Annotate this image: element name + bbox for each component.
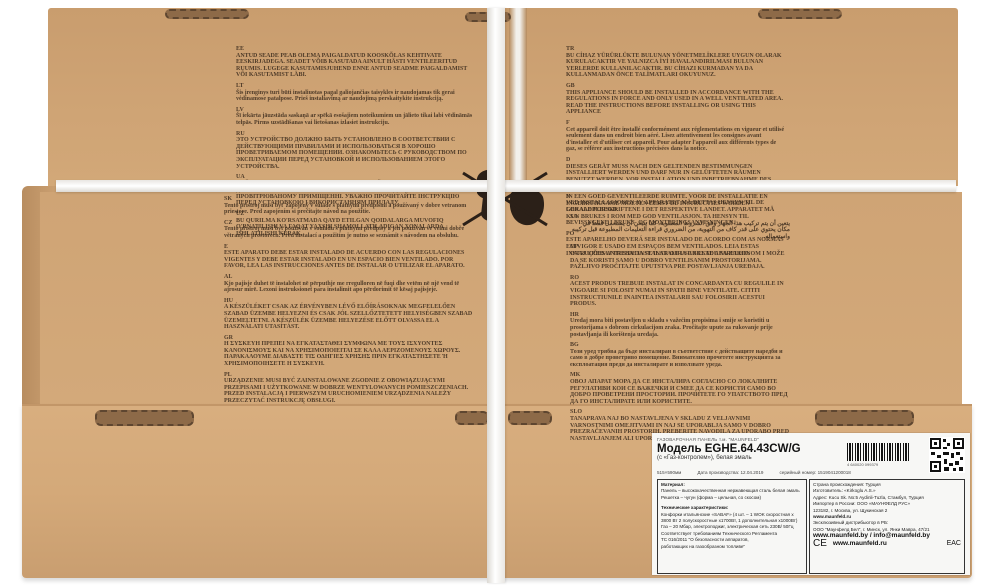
model-subtitle: (с «Газ-контролем»), белая эмаль [657,455,962,461]
barcode-number: 4 640020 099379 [847,462,878,467]
product-size: 515×590мм [657,470,681,475]
production-date: 12.04.2019 [740,470,763,475]
crossed-out-package-icon [455,165,555,230]
material-line: Решетка – чугун (форма – цельная, со ско… [661,495,803,501]
lang-code: GR [224,335,474,342]
lang-text: ESTE APARATO DEBE ESTAR INSTALADO DE ACU… [224,250,474,270]
handle-slot-icon [758,9,842,19]
production-date-group: Дата производства: 12.04.2019 [697,470,763,475]
lang-text: THIS APPLIANCE SHOULD BE INSTALLED IN AC… [566,90,786,116]
lang-code: BG [570,342,790,349]
lang-text: Kjo pajisje duhet të instalohet në përpu… [224,281,474,294]
flap-seam [509,8,527,188]
packing-strap-horizontal [56,180,956,192]
lang-text: Tento prístroj musí byť zapojený v súlad… [224,203,474,216]
website-ru: www.maunfeld.ru [833,541,887,547]
label-header: ГАЗОВАРОЧНАЯ ПАНЕЛЬ т.м. "MAUNFELD" Моде… [657,437,962,467]
lang-text: ANTUD SEADE PEAB OLEMA PAIGALDATUD KOOSK… [236,53,476,79]
lang-text: ACEST PRODUS TREBUIE INSTALAT IN CONCARD… [570,281,790,307]
lang-code: GB [566,83,786,90]
handle-slot-icon [95,410,194,426]
lang-code: E [224,244,474,251]
lang-text: OVAJ UREĐAJ TREBA DA SE INSTALIRA U SKLA… [570,251,790,271]
lang-text: A KÉSZÜLÉKET CSAK AZ ÉRVÉNYBEN LÉVŐ ELŐÍ… [224,304,474,330]
product-type: ГАЗОВАРОЧНАЯ ПАНЕЛЬ т.м. "MAUNFELD" [657,437,962,442]
lang-text: يتعين أن يتم تركيب هذا الجهاز وفق الشروط… [570,221,790,241]
ce-mark-icon: CE [813,541,827,547]
qr-code-icon [929,437,965,473]
lang-text: Šī iekārta jāuzstāda saskaņā ar spēkā es… [236,113,476,126]
handle-slot-icon [455,411,489,425]
production-date-label: Дата производства: [697,470,739,475]
lang-text: Cet appareil doit être installé conformé… [566,127,786,153]
multilingual-text-left-front: SK Tento prístroj musí byť zapojený v sú… [224,192,474,405]
lang-code: D [566,157,786,164]
lang-code: SK [224,196,474,203]
label-meta-row: 515×590мм Дата производства: 12.04.2019 … [657,470,962,475]
serial-label: серийный номер: [779,470,816,475]
lang-code: F [566,120,786,127]
handle-slot-icon [815,410,914,426]
spec-line: Газ – 20 Мбар, электроподжиг, электричес… [661,524,803,530]
lang-code: RO [570,275,790,282]
label-specs-box: Материал: Панель – высококачественная не… [657,479,807,574]
lang-code: CP [570,244,790,251]
lang-text: Този уред трябва да бъде инсталиран в съ… [570,349,790,369]
lang-text: Η ΣΥΣΚΕΥΗ ΠΡΕΠΕΙ ΝΑ ΕΓΚΑΤΑΣΤΑΘΕΙ ΣΥΜΦΩΝΑ… [224,341,474,367]
lang-text: Šis įrenginys turi būti instaliuotas pag… [236,90,476,103]
lang-code: HR [570,312,790,319]
product-label: ГАЗОВАРОЧНАЯ ПАНЕЛЬ т.м. "MAUNFELD" Моде… [652,433,970,575]
eac-mark-icon: EAC [947,541,961,547]
lang-code: CZ [224,220,474,227]
lang-code: SLO [570,409,790,416]
lang-code: SA [570,214,790,221]
lang-code: LT [236,83,476,90]
spec-line: работающих на газообразном топливе" [661,544,803,550]
handle-slot-icon [165,9,249,19]
lang-text: Tento přístroj musí být používán v soula… [224,226,474,239]
serial-number: 1519041200018 [818,470,851,475]
lang-text: Uređaj mora biti postavljen u skladu s v… [570,318,790,338]
packing-strap-vertical [487,8,505,583]
model-name: Модель EGHE.64.43CW/G [657,443,962,455]
lang-code: AL [224,274,474,281]
website-by: www.maunfeld.by / info@maunfeld.by [813,533,961,539]
lang-code: MK [570,372,790,379]
multilingual-text-right-front: SA يتعين أن يتم تركيب هذا الجهاز وفق الش… [570,210,790,442]
barcode-icon [847,443,909,461]
lang-text: ЭТО УСТРОЙСТВО ДОЛЖНО БЫТЬ УСТАНОВЛЕНО В… [236,137,476,170]
certification-row: CE www.maunfeld.ru EAC [813,541,961,547]
lang-text: URZĄDZENIE MUSI BYĆ ZAINSTALOWANE ZGODNI… [224,378,474,404]
lang-code: EE [236,46,476,53]
lang-text: ОВОЈ АПАРАТ МОРА ДА СЕ ИНСТАЛИРА СОГЛАСН… [570,379,790,405]
lang-code: TR [566,46,786,53]
handle-slot-icon [508,411,552,425]
serial-group: серийный номер: 1519041200018 [779,470,850,475]
label-manufacturer-box: Страна происхождения: Турция Изготовител… [809,479,965,574]
lang-text: BU CİHAZ YÜRÜRLÜKTE BULUNAN YÖNETMELİKLE… [566,53,786,79]
material-line: Панель – высококачественная нержавеющая … [661,488,803,494]
